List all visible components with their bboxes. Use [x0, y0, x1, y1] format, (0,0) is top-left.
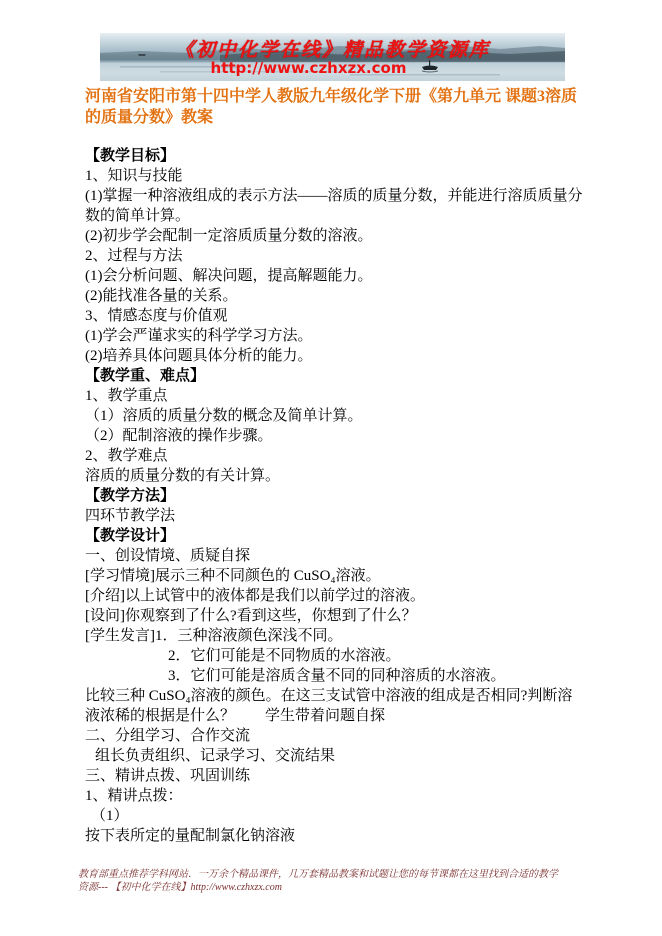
paragraph: 2．它们可能是不同物质的水溶液。: [85, 646, 583, 666]
paragraph: [介绍]以上试管中的液体都是我们以前学过的溶液。: [85, 586, 583, 606]
paragraph: 【教学目标】: [85, 146, 583, 166]
paragraph: 【教学重、难点】: [85, 366, 583, 386]
paragraph: (2)培养具体问题具体分析的能力。: [85, 346, 583, 366]
paragraph: 2、教学难点: [85, 446, 583, 466]
paragraph: 【教学方法】: [85, 486, 583, 506]
paragraph: 溶质的质量分数的有关计算。: [85, 466, 583, 486]
banner-title: 《初中化学在线》精品教学资源库: [100, 35, 565, 62]
banner-url: http://www.czhxzx.com: [76, 59, 541, 77]
paragraph: 1、教学重点: [85, 386, 583, 406]
paragraph: 比较三种 CuSO₄溶液的颜色。在这三支试管中溶液的组成是否相同?判断溶液浓稀的…: [85, 686, 583, 726]
footer-line: 资源--- 【初中化学在线】http://www.czhxzx.com: [78, 881, 592, 894]
paragraph: 【教学设计】: [85, 526, 583, 546]
document-body: 【教学目标】1、知识与技能(1)掌握一种溶液组成的表示方法——溶质的质量分数，并…: [85, 146, 583, 846]
paragraph: [学生发言]1．三种溶液颜色深浅不同。: [85, 626, 583, 646]
paragraph: （1）溶质的质量分数的概念及简单计算。: [85, 406, 583, 426]
paragraph: 1、知识与技能: [85, 166, 583, 186]
paragraph: 三、精讲点拨、巩固训练: [85, 766, 583, 786]
paragraph: (1)学会严谨求实的科学学习方法。: [85, 326, 583, 346]
paragraph: [学习情境]展示三种不同颜色的 CuSO₄溶液。: [85, 566, 583, 586]
paragraph: 3、情感态度与价值观: [85, 306, 583, 326]
page-title: 河南省安阳市第十四中学人教版九年级化学下册《第九单元 课题3溶质的质量分数》教案: [85, 86, 582, 128]
paragraph: 四环节教学法: [85, 506, 583, 526]
site-banner: 《初中化学在线》精品教学资源库 http://www.czhxzx.com: [100, 33, 565, 81]
footer-line: 教育部重点推荐学科网站．一万余个精品课件，几万套精品教案和试题让您的每节课都在这…: [78, 868, 592, 881]
paragraph: 组长负责组织、记录学习、交流结果: [85, 746, 583, 766]
paragraph: (1)掌握一种溶液组成的表示方法——溶质的质量分数，并能进行溶质质量分数的简单计…: [85, 186, 583, 226]
paragraph: (1)会分析问题、解决问题，提高解题能力。: [85, 266, 583, 286]
paragraph: (2)初步学会配制一定溶质质量分数的溶液。: [85, 226, 583, 246]
paragraph: [设问]你观察到了什么?看到这些，你想到了什么？: [85, 606, 583, 626]
paragraph: 3．它们可能是溶质含量不同的同种溶质的水溶液。: [85, 666, 583, 686]
document-page: 《初中化学在线》精品教学资源库 http://www.czhxzx.com 河南…: [0, 0, 662, 936]
paragraph: 2、过程与方法: [85, 246, 583, 266]
paragraph: 一、创设情境、质疑自探: [85, 546, 583, 566]
paragraph: 二、分组学习、合作交流: [85, 726, 583, 746]
paragraph: （1）: [85, 806, 583, 826]
paragraph: (2)能找准各量的关系。: [85, 286, 583, 306]
page-footer: 教育部重点推荐学科网站．一万余个精品课件，几万套精品教案和试题让您的每节课都在这…: [78, 868, 592, 894]
paragraph: 按下表所定的量配制氯化钠溶液: [85, 826, 583, 846]
paragraph: 1、精讲点拨：: [85, 786, 583, 806]
paragraph: （2）配制溶液的操作步骤。: [85, 426, 583, 446]
